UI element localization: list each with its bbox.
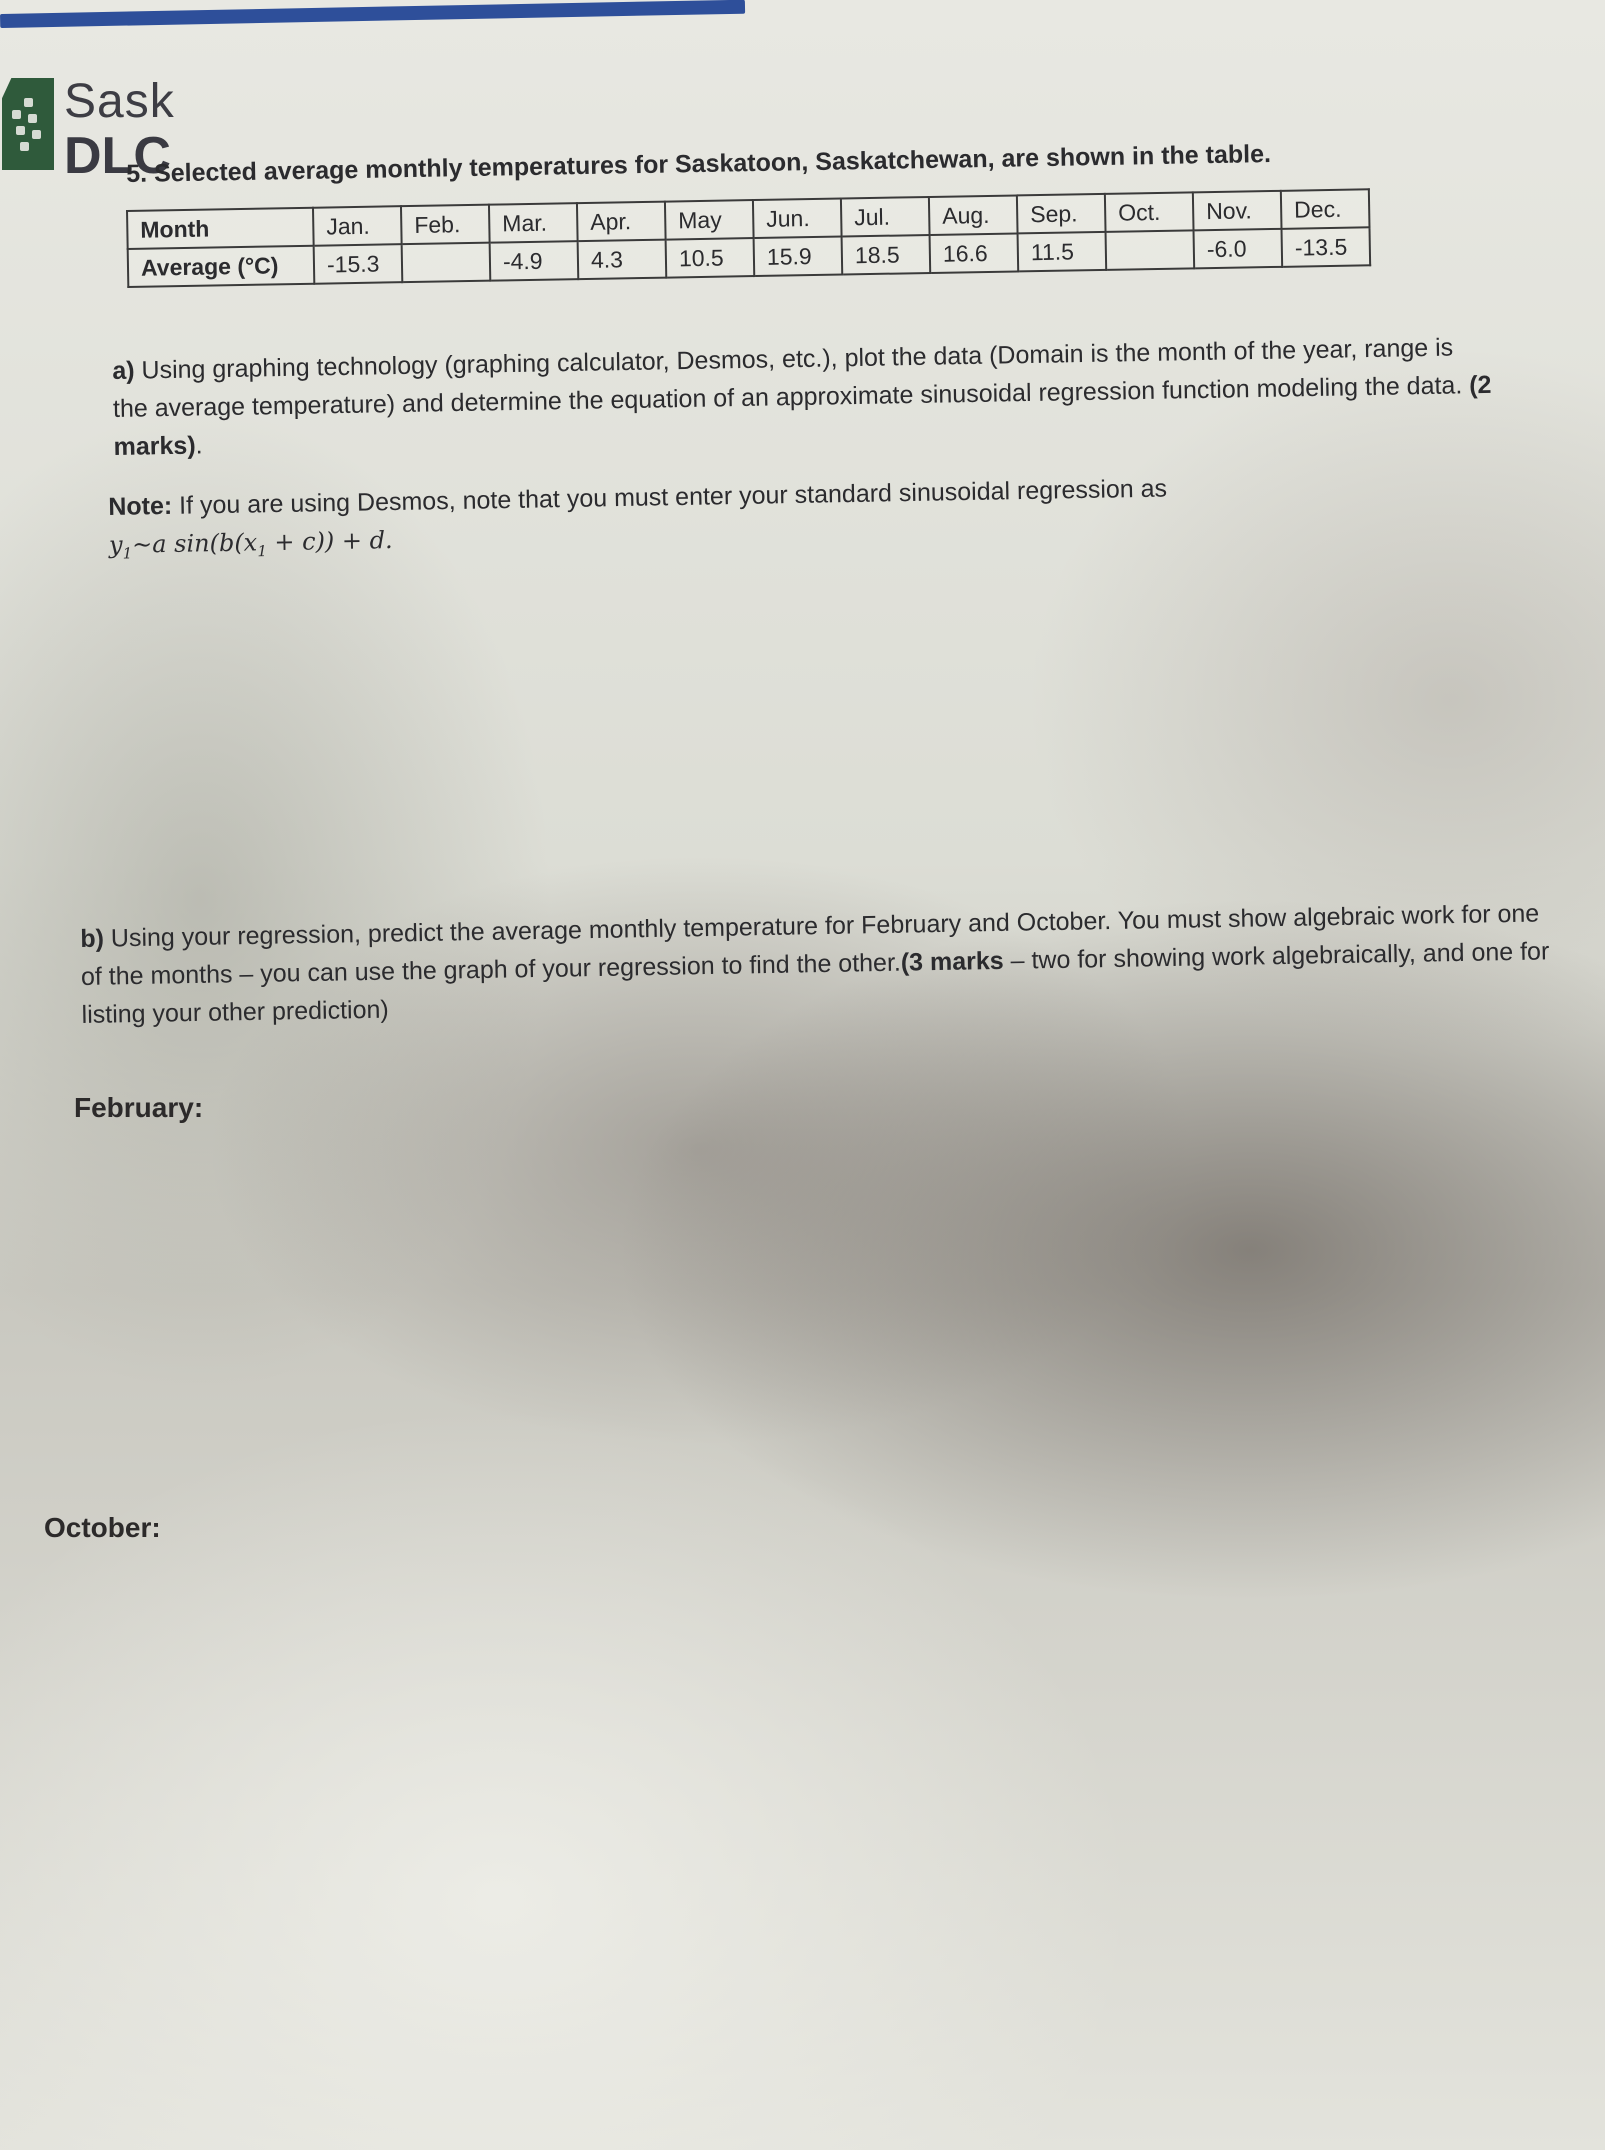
logo-icon	[2, 78, 54, 170]
month-header-cell: Apr.	[577, 202, 666, 242]
average-temp-cell: 16.6	[930, 233, 1019, 273]
part-b-label: b)	[80, 925, 104, 953]
paper-background	[0, 0, 1605, 2150]
month-header-cell: Jan.	[313, 206, 402, 246]
row-label-month: Month	[127, 208, 314, 249]
month-header-cell: Feb.	[401, 205, 490, 245]
month-header-cell: Mar.	[489, 203, 578, 243]
regression-formula: y1~a sin(b(x1 + c)) + d.	[109, 526, 393, 559]
month-header-cell: Dec.	[1281, 189, 1370, 229]
logo-text-sask: Sask	[64, 78, 175, 126]
average-temp-cell: 11.5	[1018, 232, 1107, 272]
row-label-average: Average (°C)	[128, 246, 315, 287]
average-temp-cell	[1106, 230, 1195, 270]
note-label: Note:	[108, 492, 172, 521]
average-temp-cell: 15.9	[754, 237, 843, 277]
average-temp-cell: 4.3	[578, 240, 667, 280]
month-header-cell: Oct.	[1105, 192, 1194, 232]
month-header-cell: Jun.	[753, 199, 842, 239]
part-a-label: a)	[112, 357, 135, 385]
month-header-cell: May	[665, 200, 754, 240]
average-temp-cell: 10.5	[666, 238, 755, 278]
average-temp-cell: -4.9	[490, 241, 579, 281]
average-temp-cell: 18.5	[842, 235, 931, 275]
average-temp-cell: -13.5	[1282, 227, 1371, 267]
average-temp-cell	[402, 243, 491, 283]
question-number: 5.	[126, 160, 147, 188]
part-a-prompt: a) Using graphing technology (graphing c…	[112, 328, 1494, 466]
average-temp-cell: -15.3	[314, 244, 403, 284]
month-header-cell: Jul.	[841, 197, 930, 237]
october-answer-label: October:	[44, 1512, 161, 1544]
month-header-cell: Nov.	[1193, 191, 1282, 231]
month-header-cell: Aug.	[929, 195, 1018, 235]
month-header-cell: Sep.	[1017, 194, 1106, 234]
average-temp-cell: -6.0	[1194, 229, 1283, 269]
february-answer-label: February:	[74, 1092, 203, 1124]
